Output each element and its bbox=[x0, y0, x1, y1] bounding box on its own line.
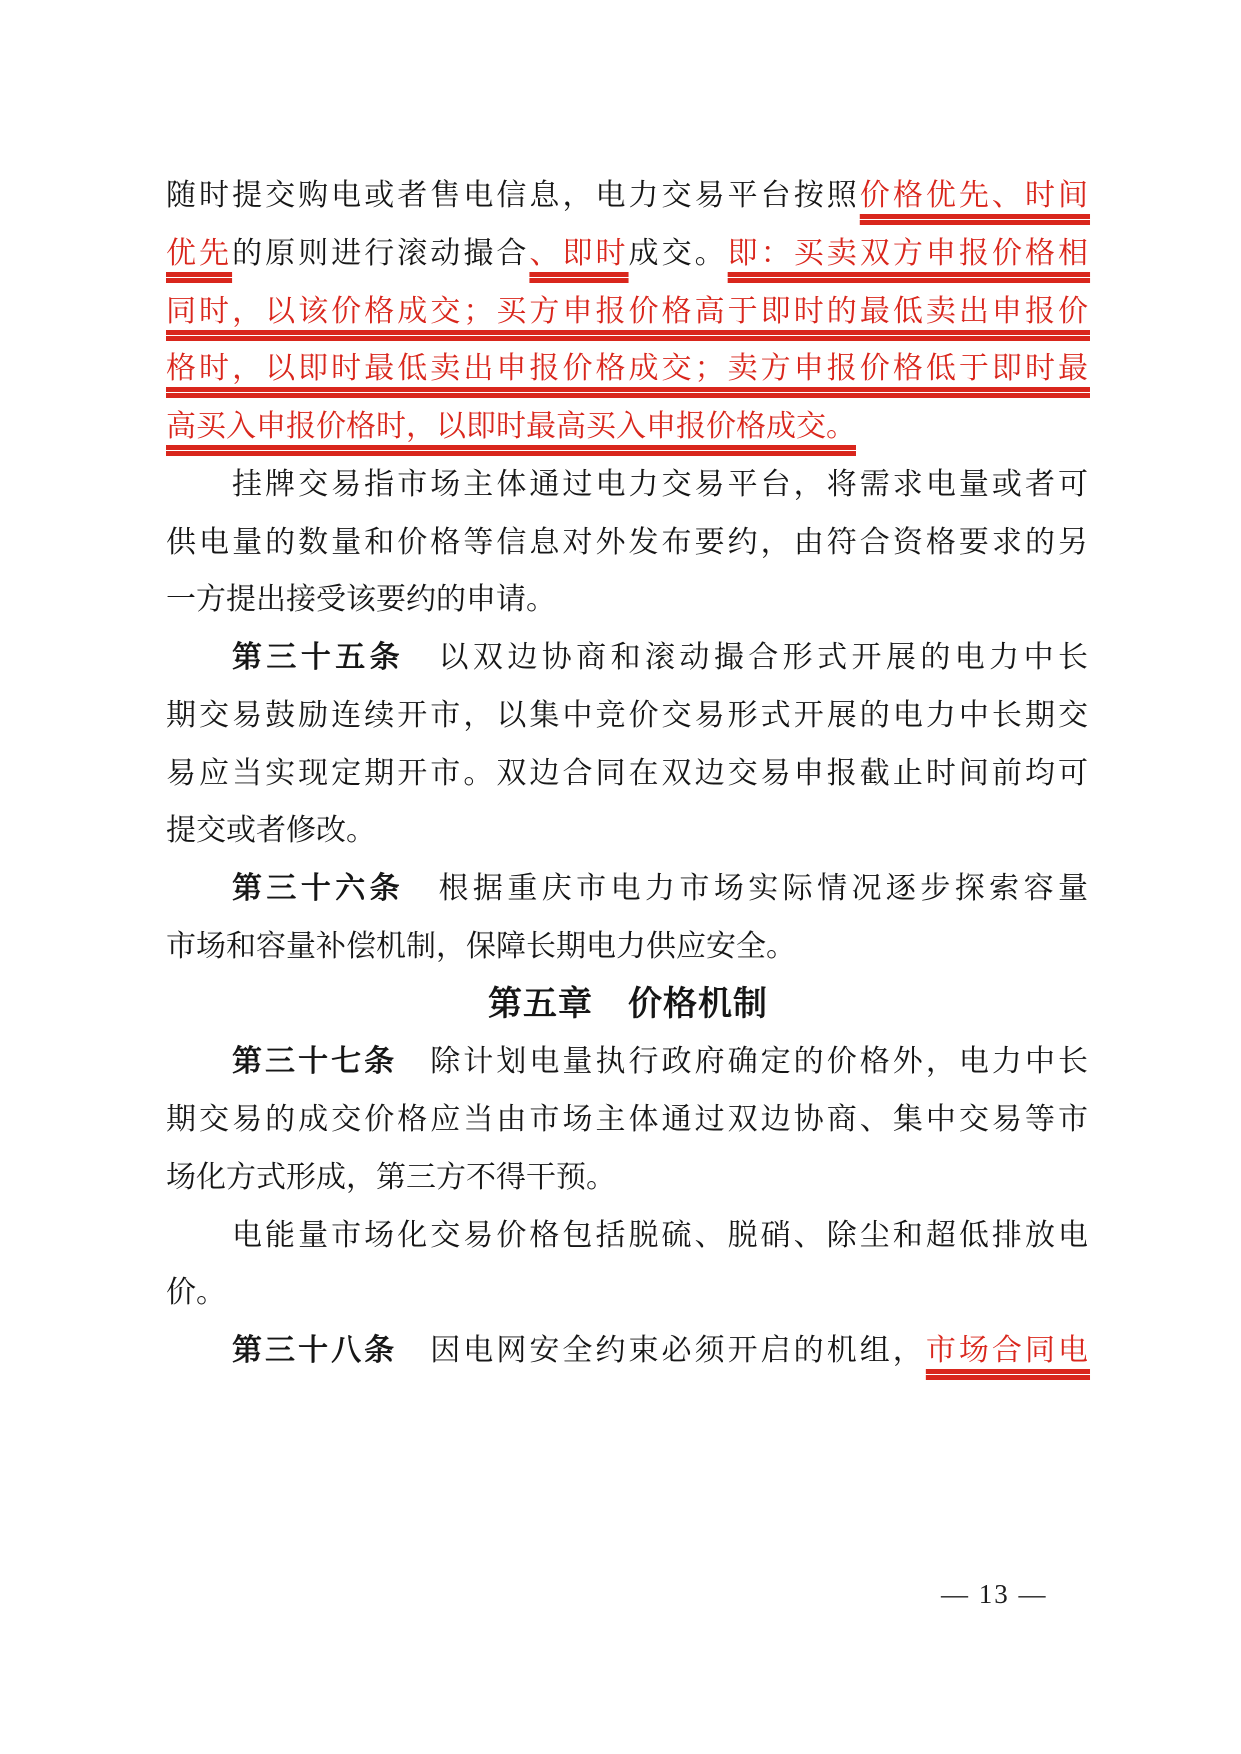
body-text: 以双边协商和滚动撮合形式开展的电力中长 bbox=[404, 641, 1090, 674]
inserted-text: 优先 bbox=[166, 237, 232, 270]
body-text: 价。 bbox=[166, 1276, 226, 1309]
body-text: 期交易的成交价格应当由市场主体通过双边协商、集中交易等市 bbox=[166, 1103, 1090, 1136]
article-number: 第三十七条 bbox=[232, 1045, 397, 1078]
text-line: 期交易的成交价格应当由市场主体通过双边协商、集中交易等市 bbox=[166, 1091, 1090, 1149]
body-text: 除计划电量执行政府确定的价格外，电力中长 bbox=[397, 1045, 1090, 1078]
document-body: 随时提交购电或者售电信息，电力交易平台按照价格优先、时间 优先的原则进行滚动撮合… bbox=[166, 167, 1090, 1380]
page-number: — 13 — bbox=[941, 1569, 1048, 1619]
text-line: 第三十五条 以双边协商和滚动撮合形式开展的电力中长 bbox=[166, 629, 1090, 687]
body-text: 提交或者修改。 bbox=[166, 814, 376, 847]
article-number: 第三十五条 bbox=[232, 641, 404, 674]
chapter-heading: 第五章 价格机制 bbox=[166, 976, 1090, 1034]
text-line: 提交或者修改。 bbox=[166, 802, 1090, 860]
body-text: 供电量的数量和价格等信息对外发布要约，由符合资格要求的另 bbox=[166, 526, 1090, 559]
text-line: 一方提出接受该要约的申请。 bbox=[166, 571, 1090, 629]
body-text: 的原则进行滚动撮合 bbox=[232, 237, 529, 270]
text-line: 挂牌交易指市场主体通过电力交易平台，将需求电量或者可 bbox=[166, 456, 1090, 514]
inserted-text: 、即时 bbox=[529, 237, 628, 270]
inserted-text: 高买入申报价格时，以即时最高买入申报价格成交。 bbox=[166, 410, 856, 443]
body-text: 随时提交购电或者售电信息，电力交易平台按照 bbox=[166, 179, 860, 212]
text-line: 格时，以即时最低卖出申报价格成交；卖方申报价格低于即时最 bbox=[166, 340, 1090, 398]
article-number: 第三十六条 bbox=[232, 872, 404, 905]
text-line: 随时提交购电或者售电信息，电力交易平台按照价格优先、时间 bbox=[166, 167, 1090, 225]
text-line: 第三十八条 因电网安全约束必须开启的机组，市场合同电 bbox=[166, 1322, 1090, 1380]
inserted-text: 格时，以即时最低卖出申报价格成交；卖方申报价格低于即时最 bbox=[166, 352, 1090, 385]
body-text: 挂牌交易指市场主体通过电力交易平台，将需求电量或者可 bbox=[232, 468, 1090, 501]
inserted-text: 市场合同电 bbox=[926, 1334, 1090, 1367]
inserted-text: 即：买卖双方申报价格相 bbox=[728, 237, 1090, 270]
text-line: 市场和容量补偿机制，保障长期电力供应安全。 bbox=[166, 918, 1090, 976]
inserted-text: 同时，以该价格成交；买方申报价格高于即时的最低卖出申报价 bbox=[166, 295, 1090, 328]
text-line: 优先的原则进行滚动撮合、即时成交。即：买卖双方申报价格相 bbox=[166, 225, 1090, 283]
body-text: 根据重庆市电力市场实际情况逐步探索容量 bbox=[404, 872, 1090, 905]
text-line: 第三十六条 根据重庆市电力市场实际情况逐步探索容量 bbox=[166, 860, 1090, 918]
text-line: 供电量的数量和价格等信息对外发布要约，由符合资格要求的另 bbox=[166, 514, 1090, 572]
body-text: 期交易鼓励连续开市，以集中竞价交易形式开展的电力中长期交 bbox=[166, 699, 1090, 732]
article-number: 第三十八条 bbox=[232, 1334, 397, 1367]
body-text: 成交。 bbox=[629, 237, 728, 270]
text-line: 场化方式形成，第三方不得干预。 bbox=[166, 1149, 1090, 1207]
chapter-heading-text: 第五章 价格机制 bbox=[488, 985, 768, 1023]
text-line: 期交易鼓励连续开市，以集中竞价交易形式开展的电力中长期交 bbox=[166, 687, 1090, 745]
inserted-text: 价格优先、时间 bbox=[860, 179, 1090, 212]
body-text: 市场和容量补偿机制，保障长期电力供应安全。 bbox=[166, 930, 796, 963]
document-page: 随时提交购电或者售电信息，电力交易平台按照价格优先、时间 优先的原则进行滚动撮合… bbox=[0, 0, 1241, 1754]
text-line: 易应当实现定期开市。双边合同在双边交易申报截止时间前均可 bbox=[166, 745, 1090, 803]
text-line: 同时，以该价格成交；买方申报价格高于即时的最低卖出申报价 bbox=[166, 283, 1090, 341]
body-text: 一方提出接受该要约的申请。 bbox=[166, 583, 556, 616]
text-line: 电能量市场化交易价格包括脱硫、脱硝、除尘和超低排放电 bbox=[166, 1207, 1090, 1265]
body-text: 电能量市场化交易价格包括脱硫、脱硝、除尘和超低排放电 bbox=[232, 1219, 1090, 1252]
body-text: 易应当实现定期开市。双边合同在双边交易申报截止时间前均可 bbox=[166, 757, 1090, 790]
body-text: 场化方式形成，第三方不得干预。 bbox=[166, 1161, 616, 1194]
text-line: 高买入申报价格时，以即时最高买入申报价格成交。 bbox=[166, 398, 1090, 456]
body-text: 因电网安全约束必须开启的机组， bbox=[397, 1334, 926, 1367]
text-line: 第三十七条 除计划电量执行政府确定的价格外，电力中长 bbox=[166, 1033, 1090, 1091]
text-line: 价。 bbox=[166, 1264, 1090, 1322]
